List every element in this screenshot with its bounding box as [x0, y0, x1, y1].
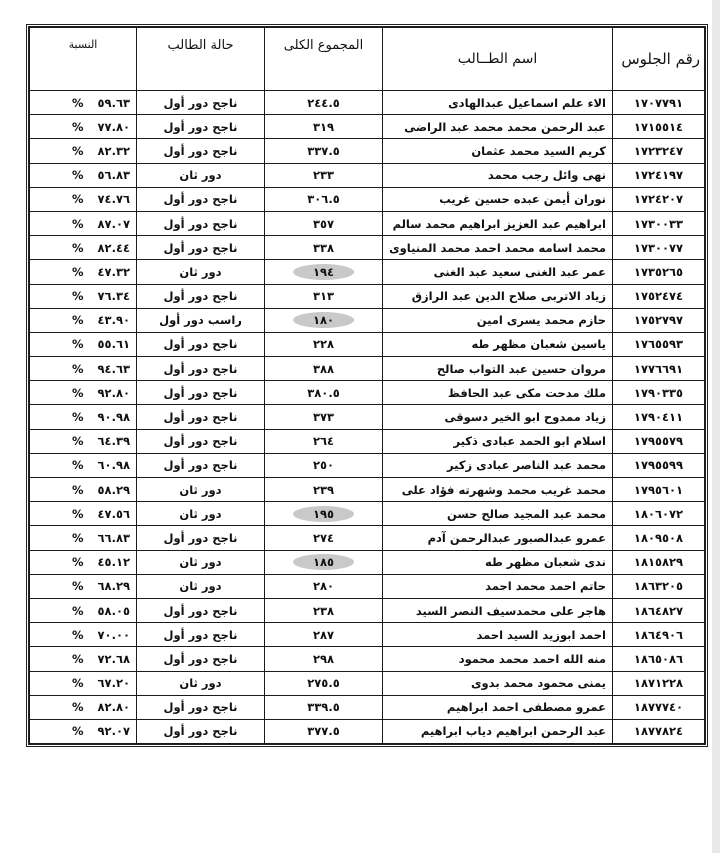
status-cell: ناجح دور أول [137, 115, 265, 139]
seat-number-cell: ١٧١٥٥١٤ [613, 115, 705, 139]
percentage-value: ٧٠.٠٠ [98, 628, 130, 642]
table-row: ١٧٩٥٥٩٩محمد عبد الناصر عبادى زكير٢٥٠ناجح… [30, 453, 705, 477]
total-cell: ١٨٥ [265, 550, 383, 574]
percent-sign: % [72, 192, 84, 206]
total-cell: ٣٠٦.٥ [265, 187, 383, 211]
percentage-cell: %٧٦.٣٤ [30, 284, 137, 308]
percent-sign: % [72, 313, 84, 327]
student-name-cell: محمد اسامه محمد احمد محمد المنياوى [383, 236, 613, 260]
total-cell: ١٩٥ [265, 502, 383, 526]
percentage-cell: %٥٥.٦١ [30, 332, 137, 356]
table-row: ١٧٢٤١٩٧نهى وائل رجب محمد٢٣٣دور ثان%٥٦.٨٣ [30, 163, 705, 187]
status-cell: ناجح دور أول [137, 429, 265, 453]
total-value: ٢٣٣ [313, 168, 334, 182]
percentage-value: ٥٨.٠٥ [98, 604, 130, 618]
table-row: ١٧٥٢٤٧٤زياد الاتربى صلاح الدين عبد الراز… [30, 284, 705, 308]
percent-sign: % [72, 555, 84, 569]
percent-sign: % [72, 362, 84, 376]
percentage-cell: %٨٢.٨٠ [30, 695, 137, 719]
status-cell: ناجح دور أول [137, 526, 265, 550]
table-row: ١٧٢٤٢٠٧نوران أيمن عبده حسين غريب٣٠٦.٥ناج… [30, 187, 705, 211]
percentage-value: ٥٨.٢٩ [98, 483, 130, 497]
percent-sign: % [72, 434, 84, 448]
total-cell: ٢٩٨ [265, 647, 383, 671]
student-name-cell: عبد الرحمن ابراهيم دياب ابراهيم [383, 719, 613, 743]
total-cell: ٢٧٥.٥ [265, 671, 383, 695]
percent-sign: % [72, 96, 84, 110]
table-row: ١٧٣٠٠٧٧محمد اسامه محمد احمد محمد المنياو… [30, 236, 705, 260]
table-header-row: رقم الجلوس اسم الطــالب المجموع الكلى حا… [30, 28, 705, 91]
percent-sign: % [72, 289, 84, 303]
results-table-container: رقم الجلوس اسم الطــالب المجموع الكلى حا… [26, 24, 708, 747]
seat-number-cell: ١٧٣٠٠٣٣ [613, 211, 705, 235]
highlighted-total-badge: ١٩٥ [293, 506, 354, 522]
total-cell: ٢٣٩ [265, 478, 383, 502]
seat-number-cell: ١٧٣٠٠٧٧ [613, 236, 705, 260]
percentage-cell: %٦٨.٢٩ [30, 574, 137, 598]
percent-sign: % [72, 604, 84, 618]
percentage-cell: %٤٣.٩٠ [30, 308, 137, 332]
header-student-name: اسم الطــالب [383, 28, 613, 91]
status-cell: ناجح دور أول [137, 332, 265, 356]
table-body: ١٧٠٧٧٩١الاء علم اسماعيل عبدالهادى٢٤٤.٥نا… [30, 91, 705, 744]
percentage-value: ٤٧.٣٢ [98, 265, 130, 279]
status-cell: دور ثان [137, 574, 265, 598]
total-value: ٣١٩ [313, 120, 334, 134]
student-name-cell: عمر عبد الغنى سعيد عبد الغنى [383, 260, 613, 284]
student-name-cell: ياسين شعبان مظهر طه [383, 332, 613, 356]
table-row: ١٧٥٢٧٩٧حازم محمد يسرى امين١٨٠راسب دور أو… [30, 308, 705, 332]
total-cell: ٢٨٠ [265, 574, 383, 598]
seat-number-cell: ١٨٧١٢٢٨ [613, 671, 705, 695]
seat-number-cell: ١٧٩٠٣٣٥ [613, 381, 705, 405]
highlighted-total-badge: ١٨٠ [293, 312, 354, 328]
total-value: ٢٣٩ [313, 483, 334, 497]
percent-sign: % [72, 724, 84, 738]
header-percentage: النسبة [30, 28, 137, 91]
total-value: ٢٣٨ [313, 604, 334, 618]
seat-number-cell: ١٨٦٤٨٢٧ [613, 598, 705, 622]
status-cell: ناجح دور أول [137, 236, 265, 260]
student-name-cell: محمد غريب محمد وشهرته فؤاد على [383, 478, 613, 502]
total-cell: ٢٨٧ [265, 623, 383, 647]
highlighted-total-badge: ١٨٥ [293, 554, 354, 570]
percentage-value: ٦٠.٩٨ [98, 458, 130, 472]
seat-number-cell: ١٧٩٥٦٠١ [613, 478, 705, 502]
header-seat-number: رقم الجلوس [613, 28, 705, 91]
status-cell: ناجح دور أول [137, 211, 265, 235]
percentage-value: ٧٤.٧٦ [98, 192, 130, 206]
header-total: المجموع الكلى [265, 28, 383, 91]
seat-number-cell: ١٨٠٦٠٧٢ [613, 502, 705, 526]
table-row: ١٧٧٦٦٩١مروان حسين عبد التواب صالح٣٨٨ناجح… [30, 357, 705, 381]
percentage-value: ٦٤.٣٩ [98, 434, 130, 448]
status-cell: دور ثان [137, 260, 265, 284]
table-row: ١٨٠٩٥٠٨عمرو عبدالصبور عبدالرحمن آدم٢٧٤نا… [30, 526, 705, 550]
percentage-cell: %٩٠.٩٨ [30, 405, 137, 429]
total-cell: ٣٣٩.٥ [265, 695, 383, 719]
percentage-cell: %٤٥.١٢ [30, 550, 137, 574]
student-name-cell: مروان حسين عبد التواب صالح [383, 357, 613, 381]
student-name-cell: زياد الاتربى صلاح الدين عبد الرازق [383, 284, 613, 308]
table-row: ١٨٦٤٨٢٧هاجر على محمدسيف النصر السيد٢٣٨نا… [30, 598, 705, 622]
table-row: ١٨٧٧٧٤٠عمرو مصطفى احمد ابراهيم٣٣٩.٥ناجح … [30, 695, 705, 719]
status-cell: ناجح دور أول [137, 381, 265, 405]
seat-number-cell: ١٧٢٣٢٤٧ [613, 139, 705, 163]
percentage-value: ٤٣.٩٠ [98, 313, 130, 327]
percentage-value: ٤٧.٥٦ [98, 507, 130, 521]
total-cell: ١٩٤ [265, 260, 383, 284]
highlighted-total-badge: ١٩٤ [293, 264, 354, 280]
total-value: ٣٧٧.٥ [307, 724, 339, 738]
total-cell: ٣٣٧.٥ [265, 139, 383, 163]
status-cell: دور ثان [137, 550, 265, 574]
total-value: ٢٩٨ [313, 652, 334, 666]
status-cell: ناجح دور أول [137, 623, 265, 647]
seat-number-cell: ١٧٢٤٢٠٧ [613, 187, 705, 211]
table-row: ١٧٢٣٢٤٧كريم السيد محمد عثمان٣٣٧.٥ناجح دو… [30, 139, 705, 163]
percentage-value: ٧٦.٣٤ [98, 289, 130, 303]
percentage-cell: %٧٠.٠٠ [30, 623, 137, 647]
status-cell: ناجح دور أول [137, 647, 265, 671]
total-value: ٣٨٨ [313, 362, 334, 376]
total-value: ٣١٣ [313, 289, 334, 303]
status-cell: ناجح دور أول [137, 357, 265, 381]
seat-number-cell: ١٨٠٩٥٠٨ [613, 526, 705, 550]
table-row: ١٧٩٠٣٣٥ملك مدحت مكى عبد الحافظ٣٨٠.٥ناجح … [30, 381, 705, 405]
percentage-value: ٦٦.٨٣ [98, 531, 130, 545]
table-row: ١٧٩٥٥٧٩اسلام ابو الحمد عبادى ذكير٢٦٤ناجح… [30, 429, 705, 453]
percentage-cell: %٨٢.٣٢ [30, 139, 137, 163]
percentage-value: ٨٧.٠٧ [98, 217, 130, 231]
percent-sign: % [72, 652, 84, 666]
seat-number-cell: ١٧٥٢٤٧٤ [613, 284, 705, 308]
percentage-cell: %٥٨.٢٩ [30, 478, 137, 502]
table-row: ١٧٣٥٢٦٥عمر عبد الغنى سعيد عبد الغنى١٩٤دو… [30, 260, 705, 284]
percent-sign: % [72, 265, 84, 279]
percent-sign: % [72, 337, 84, 351]
total-cell: ٣٥٧ [265, 211, 383, 235]
student-name-cell: اسلام ابو الحمد عبادى ذكير [383, 429, 613, 453]
total-cell: ٣٨٠.٥ [265, 381, 383, 405]
total-cell: ٣١٩ [265, 115, 383, 139]
table-row: ١٧١٥٥١٤عبد الرحمن محمد محمد عبد الراضى٣١… [30, 115, 705, 139]
table-row: ١٧٦٥٥٩٣ياسين شعبان مظهر طه٢٢٨ناجح دور أو… [30, 332, 705, 356]
total-cell: ٢٥٠ [265, 453, 383, 477]
percentage-value: ٥٩.٦٣ [98, 96, 130, 110]
percentage-value: ٦٧.٢٠ [98, 676, 130, 690]
total-cell: ٣٧٧.٥ [265, 719, 383, 743]
student-name-cell: هاجر على محمدسيف النصر السيد [383, 598, 613, 622]
percentage-cell: %٩٢.٠٧ [30, 719, 137, 743]
percentage-cell: %٤٧.٣٢ [30, 260, 137, 284]
table-row: ١٨٦٣٢٠٥حاتم احمد محمد احمد٢٨٠دور ثان%٦٨.… [30, 574, 705, 598]
status-cell: ناجح دور أول [137, 187, 265, 211]
total-value: ٢٨٠ [313, 579, 334, 593]
student-name-cell: حازم محمد يسرى امين [383, 308, 613, 332]
percentage-value: ٩٢.٨٠ [98, 386, 130, 400]
status-cell: ناجح دور أول [137, 598, 265, 622]
status-cell: ناجح دور أول [137, 405, 265, 429]
percentage-value: ٥٦.٨٣ [98, 168, 130, 182]
percentage-cell: %٤٧.٥٦ [30, 502, 137, 526]
table-row: ١٨٧١٢٢٨يمنى محمود محمد بدوى٢٧٥.٥دور ثان%… [30, 671, 705, 695]
table-row: ١٨٠٦٠٧٢محمد عبد المجيد صالح حسن١٩٥دور ثا… [30, 502, 705, 526]
results-table: رقم الجلوس اسم الطــالب المجموع الكلى حا… [29, 27, 705, 744]
status-cell: ناجح دور أول [137, 719, 265, 743]
table-row: ١٧٠٧٧٩١الاء علم اسماعيل عبدالهادى٢٤٤.٥نا… [30, 91, 705, 115]
percentage-value: ٦٨.٢٩ [98, 579, 130, 593]
status-cell: دور ثان [137, 502, 265, 526]
total-value: ٢٧٥.٥ [307, 676, 339, 690]
percent-sign: % [72, 458, 84, 472]
status-cell: دور ثان [137, 671, 265, 695]
percentage-cell: %٦٧.٢٠ [30, 671, 137, 695]
percent-sign: % [72, 120, 84, 134]
percentage-value: ٨٢.٨٠ [98, 700, 130, 714]
table-row: ١٧٣٠٠٣٣ابراهيم عبد العزيز ابراهيم محمد س… [30, 211, 705, 235]
percent-sign: % [72, 507, 84, 521]
percent-sign: % [72, 241, 84, 255]
percent-sign: % [72, 628, 84, 642]
student-name-cell: نوران أيمن عبده حسين غريب [383, 187, 613, 211]
table-row: ١٨١٥٨٢٩ندى شعبان مظهر طه١٨٥دور ثان%٤٥.١٢ [30, 550, 705, 574]
status-cell: ناجح دور أول [137, 91, 265, 115]
seat-number-cell: ١٧٩٥٥٩٩ [613, 453, 705, 477]
total-value: ٢٤٤.٥ [307, 96, 339, 110]
student-name-cell: حاتم احمد محمد احمد [383, 574, 613, 598]
percentage-value: ٩٠.٩٨ [98, 410, 130, 424]
header-status: حالة الطالب [137, 28, 265, 91]
total-cell: ٢٣٨ [265, 598, 383, 622]
percentage-cell: %٧٧.٨٠ [30, 115, 137, 139]
status-cell: ناجح دور أول [137, 453, 265, 477]
seat-number-cell: ١٨٧٧٨٢٤ [613, 719, 705, 743]
total-value: ٣٣٩.٥ [307, 700, 339, 714]
percentage-cell: %٥٩.٦٣ [30, 91, 137, 115]
seat-number-cell: ١٧٩٥٥٧٩ [613, 429, 705, 453]
student-name-cell: ندى شعبان مظهر طه [383, 550, 613, 574]
percentage-value: ٤٥.١٢ [98, 555, 130, 569]
total-value: ٣٨٠.٥ [307, 386, 339, 400]
seat-number-cell: ١٧٥٢٧٩٧ [613, 308, 705, 332]
student-name-cell: نهى وائل رجب محمد [383, 163, 613, 187]
total-cell: ٢٦٤ [265, 429, 383, 453]
percentage-value: ٨٢.٣٢ [98, 144, 130, 158]
status-cell: ناجح دور أول [137, 139, 265, 163]
seat-number-cell: ١٧٧٦٦٩١ [613, 357, 705, 381]
percentage-value: ٥٥.٦١ [98, 337, 130, 351]
total-cell: ٣٧٣ [265, 405, 383, 429]
percentage-cell: %٧٤.٧٦ [30, 187, 137, 211]
student-name-cell: عمرو مصطفى احمد ابراهيم [383, 695, 613, 719]
total-cell: ٣٨٨ [265, 357, 383, 381]
total-cell: ٢٣٣ [265, 163, 383, 187]
seat-number-cell: ١٨١٥٨٢٩ [613, 550, 705, 574]
percent-sign: % [72, 579, 84, 593]
seat-number-cell: ١٨٦٥٠٨٦ [613, 647, 705, 671]
student-name-cell: احمد ابوزيد السيد احمد [383, 623, 613, 647]
student-name-cell: ملك مدحت مكى عبد الحافظ [383, 381, 613, 405]
total-cell: ٢٤٤.٥ [265, 91, 383, 115]
percentage-value: ٩٤.٦٣ [98, 362, 130, 376]
student-name-cell: محمد عبد الناصر عبادى زكير [383, 453, 613, 477]
percent-sign: % [72, 217, 84, 231]
student-name-cell: يمنى محمود محمد بدوى [383, 671, 613, 695]
student-name-cell: كريم السيد محمد عثمان [383, 139, 613, 163]
seat-number-cell: ١٧٩٠٤١١ [613, 405, 705, 429]
percentage-value: ٧٧.٨٠ [98, 120, 130, 134]
status-cell: دور ثان [137, 163, 265, 187]
total-value: ٣٥٧ [313, 217, 334, 231]
total-value: ٣٣٨ [313, 241, 334, 255]
seat-number-cell: ١٧٠٧٧٩١ [613, 91, 705, 115]
student-name-cell: عمرو عبدالصبور عبدالرحمن آدم [383, 526, 613, 550]
percentage-cell: %٨٧.٠٧ [30, 211, 137, 235]
percentage-value: ٨٢.٤٤ [98, 241, 130, 255]
page-edge [712, 0, 720, 853]
table-row: ١٨٧٧٨٢٤عبد الرحمن ابراهيم دياب ابراهيم٣٧… [30, 719, 705, 743]
student-name-cell: الاء علم اسماعيل عبدالهادى [383, 91, 613, 115]
status-cell: ناجح دور أول [137, 284, 265, 308]
percent-sign: % [72, 700, 84, 714]
table-row: ١٧٩٠٤١١زياد ممدوح ابو الخير دسوقى٣٧٣ناجح… [30, 405, 705, 429]
total-cell: ٣٣٨ [265, 236, 383, 260]
table-row: ١٨٦٥٠٨٦منه الله احمد محمد محمود٢٩٨ناجح د… [30, 647, 705, 671]
percentage-value: ٩٢.٠٧ [98, 724, 130, 738]
percent-sign: % [72, 168, 84, 182]
percentage-cell: %٦٠.٩٨ [30, 453, 137, 477]
percentage-cell: %٦٤.٣٩ [30, 429, 137, 453]
percent-sign: % [72, 531, 84, 545]
percentage-cell: %٦٦.٨٣ [30, 526, 137, 550]
total-cell: ١٨٠ [265, 308, 383, 332]
seat-number-cell: ١٧٦٥٥٩٣ [613, 332, 705, 356]
total-value: ٢٧٤ [313, 531, 334, 545]
table-row: ١٨٦٤٩٠٦احمد ابوزيد السيد احمد٢٨٧ناجح دور… [30, 623, 705, 647]
total-value: ٢٨٧ [313, 628, 334, 642]
percent-sign: % [72, 410, 84, 424]
student-name-cell: منه الله احمد محمد محمود [383, 647, 613, 671]
total-value: ٢٦٤ [313, 434, 334, 448]
table-row: ١٧٩٥٦٠١محمد غريب محمد وشهرته فؤاد على٢٣٩… [30, 478, 705, 502]
student-name-cell: زياد ممدوح ابو الخير دسوقى [383, 405, 613, 429]
total-cell: ٢٢٨ [265, 332, 383, 356]
percentage-cell: %٩٢.٨٠ [30, 381, 137, 405]
total-cell: ٢٧٤ [265, 526, 383, 550]
total-value: ٢٥٠ [313, 458, 334, 472]
student-name-cell: عبد الرحمن محمد محمد عبد الراضى [383, 115, 613, 139]
status-cell: ناجح دور أول [137, 695, 265, 719]
total-value: ٣٧٣ [313, 410, 334, 424]
percentage-cell: %٥٦.٨٣ [30, 163, 137, 187]
student-name-cell: ابراهيم عبد العزيز ابراهيم محمد سالم [383, 211, 613, 235]
status-cell: راسب دور أول [137, 308, 265, 332]
percent-sign: % [72, 386, 84, 400]
percentage-value: ٧٢.٦٨ [98, 652, 130, 666]
percentage-cell: %٨٢.٤٤ [30, 236, 137, 260]
percent-sign: % [72, 483, 84, 497]
percent-sign: % [72, 144, 84, 158]
total-value: ٢٢٨ [313, 337, 334, 351]
total-cell: ٣١٣ [265, 284, 383, 308]
seat-number-cell: ١٨٧٧٧٤٠ [613, 695, 705, 719]
percentage-cell: %٥٨.٠٥ [30, 598, 137, 622]
percent-sign: % [72, 676, 84, 690]
student-name-cell: محمد عبد المجيد صالح حسن [383, 502, 613, 526]
total-value: ٣٣٧.٥ [307, 144, 339, 158]
seat-number-cell: ١٨٦٣٢٠٥ [613, 574, 705, 598]
status-cell: دور ثان [137, 478, 265, 502]
percentage-cell: %٧٢.٦٨ [30, 647, 137, 671]
seat-number-cell: ١٧٢٤١٩٧ [613, 163, 705, 187]
seat-number-cell: ١٧٣٥٢٦٥ [613, 260, 705, 284]
total-value: ٣٠٦.٥ [307, 192, 339, 206]
seat-number-cell: ١٨٦٤٩٠٦ [613, 623, 705, 647]
percentage-cell: %٩٤.٦٣ [30, 357, 137, 381]
